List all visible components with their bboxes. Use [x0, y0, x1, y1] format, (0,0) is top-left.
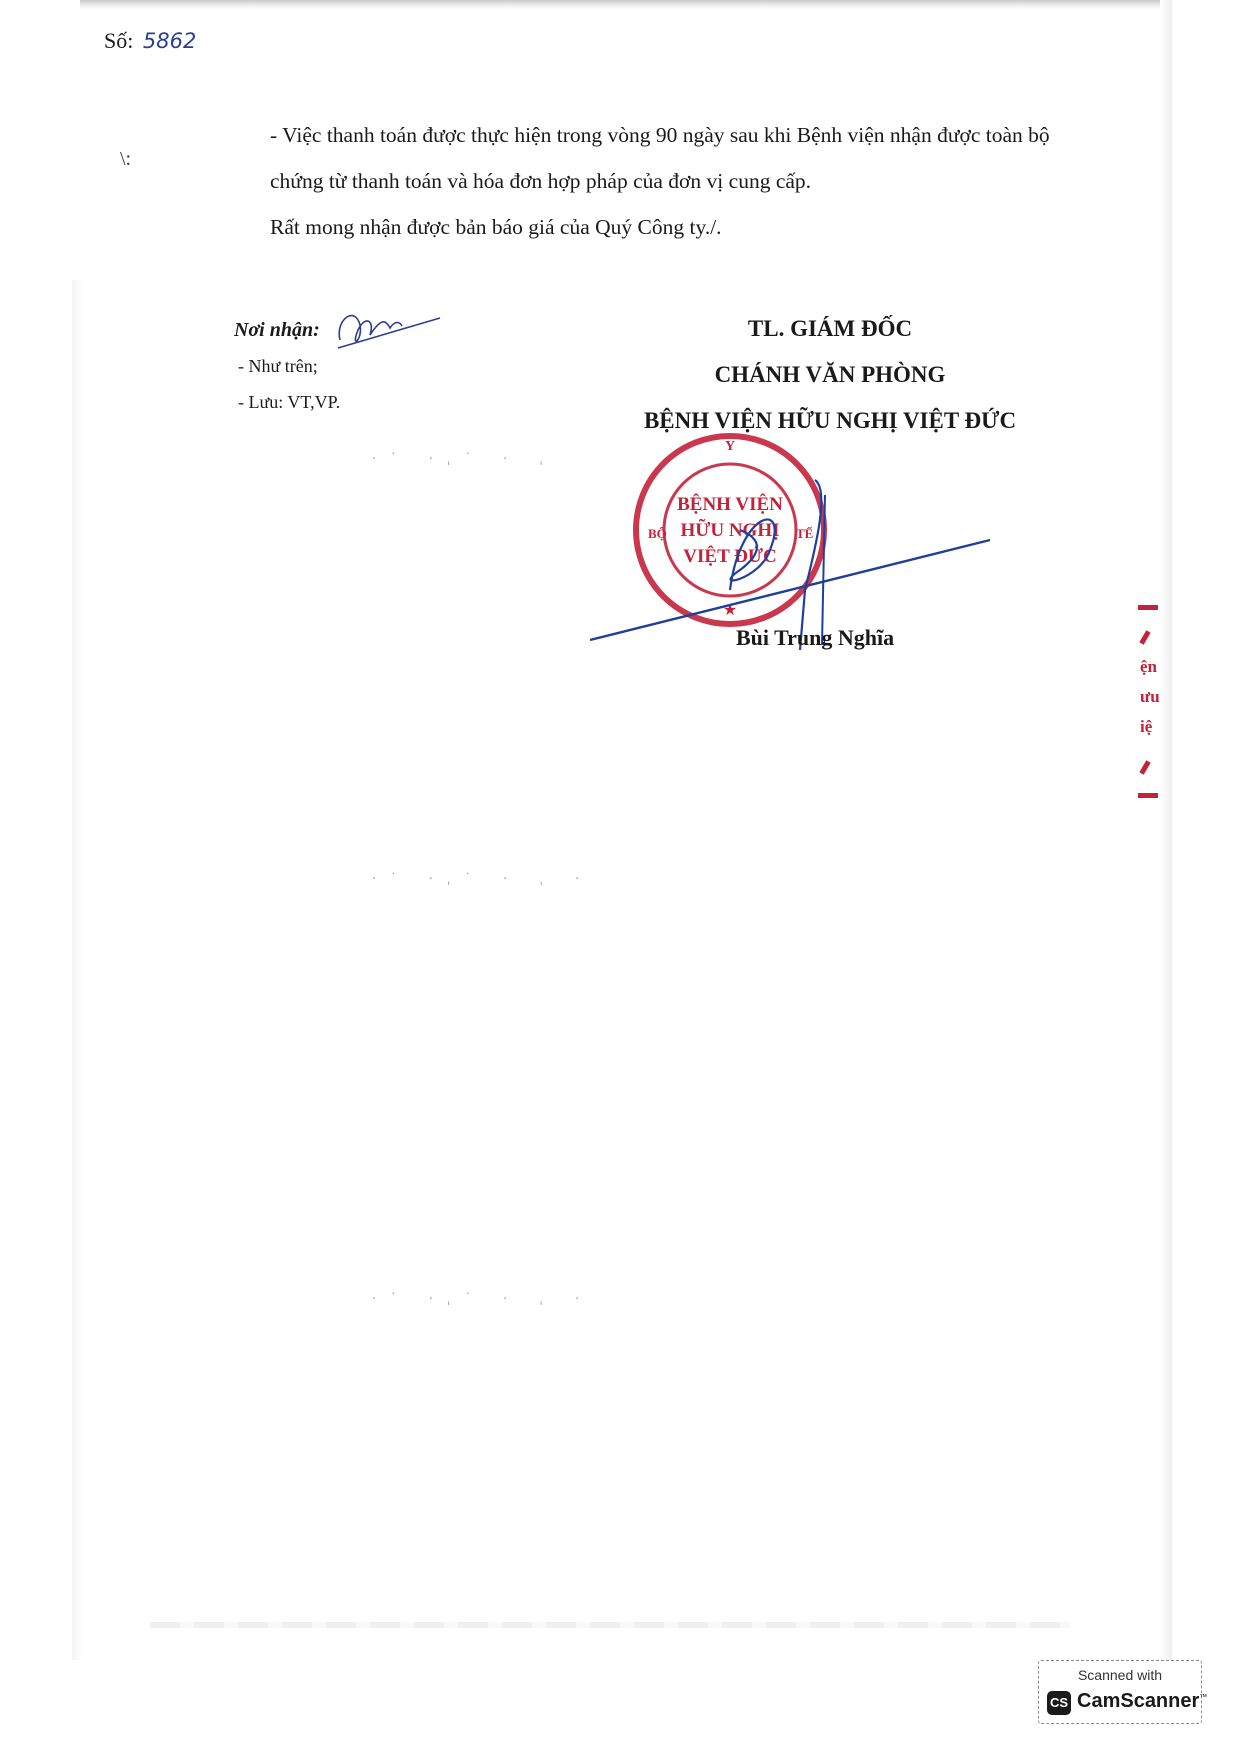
recipient-item: - Như trên; — [234, 348, 340, 384]
bleed-through-marks: ·˙ ·ˌ˙ · ˌ — [372, 452, 557, 467]
signer-name: Bùi Trung Nghĩa — [736, 625, 894, 651]
recipient-item: - Lưu: VT,VP. — [234, 384, 340, 420]
recipients-title: Nơi nhận: — [234, 312, 340, 348]
bleed-through-footer-line — [150, 1622, 1070, 1628]
stamp-ring-top: Y — [725, 439, 735, 454]
document-number: Số: 5862 — [104, 28, 196, 54]
document-body: - Việc thanh toán được thực hiện trong v… — [220, 112, 1100, 250]
trademark: ™ — [1199, 1692, 1207, 1701]
document-number-value: 5862 — [143, 29, 196, 53]
document-number-label: Số: — [104, 28, 133, 53]
edge-stamp-text: ện — [1140, 657, 1157, 677]
signature-line-2: CHÁNH VĂN PHÒNG — [600, 352, 1060, 398]
edge-stamp-fragment: ện ưu iệ — [1134, 605, 1160, 805]
camscanner-name: CamScanner™ — [1077, 1690, 1207, 1713]
initials-signature-icon — [330, 300, 450, 360]
margin-mark: \: — [120, 148, 131, 171]
payment-terms-paragraph: - Việc thanh toán được thực hiện trong v… — [220, 112, 1100, 204]
scanned-document-page: Số: 5862 \: - Việc thanh toán được thực … — [0, 0, 1240, 1755]
camscanner-logo-icon: CS — [1047, 1691, 1071, 1715]
camscanner-watermark: Scanned with CS CamScanner™ — [1038, 1660, 1202, 1724]
scanned-with-label: Scanned with — [1039, 1667, 1201, 1683]
scan-top-edge — [80, 0, 1170, 10]
scan-right-shade — [1160, 0, 1172, 1660]
bleed-through-marks: ·˙ ·ˌ˙ · ˌ · — [372, 872, 593, 887]
edge-stamp-text: ưu — [1140, 687, 1160, 707]
signature-block: TL. GIÁM ĐỐC CHÁNH VĂN PHÒNG BỆNH VIỆN H… — [600, 306, 1060, 444]
closing-paragraph: Rất mong nhận được bản báo giá của Quý C… — [220, 204, 1100, 250]
app-name: CamScanner — [1077, 1690, 1199, 1712]
signature-line-1: TL. GIÁM ĐỐC — [600, 306, 1060, 352]
bleed-through-marks: ·˙ ·ˌ˙ · ˌ · — [372, 1292, 593, 1307]
recipients-block: Nơi nhận: - Như trên; - Lưu: VT,VP. — [234, 312, 340, 420]
edge-stamp-text: iệ — [1140, 717, 1152, 737]
scan-left-shade — [72, 280, 82, 1660]
